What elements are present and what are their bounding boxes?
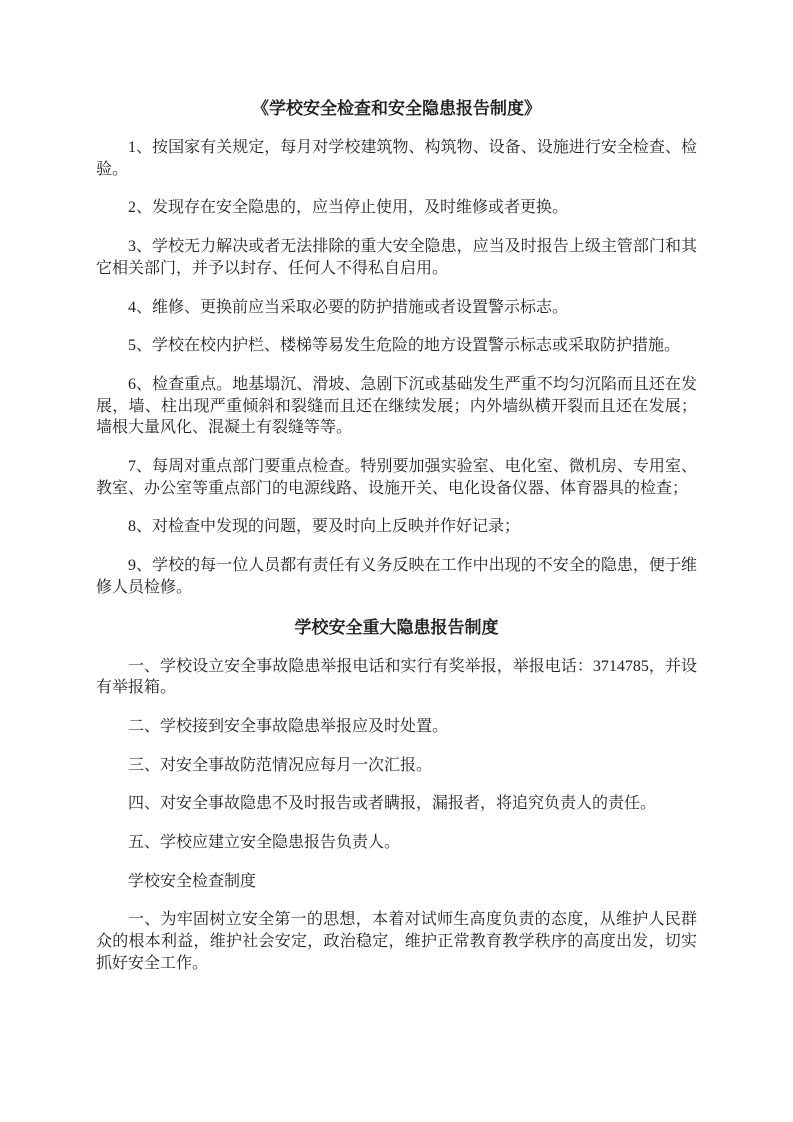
paragraph-item-yi: 一、学校设立安全事故隐患举报电话和实行有奖举报，举报电话：3714785，并设有… [96,656,697,699]
paragraph-item-6: 6、检查重点。地基塌沉、滑坡、急剧下沉或基础发生严重不均匀沉陷而且还在发展，墙、… [96,374,697,439]
document-title: 《学校安全检查和安全隐患报告制度》 [96,97,697,120]
paragraph-item-1: 1、按国家有关规定，每月对学校建筑物、构筑物、设备、设施进行安全检查、检验。 [96,137,697,180]
paragraph-item-3: 3、学校无力解决或者无法排除的重大安全隐患，应当及时报告上级主管部门和其它相关部… [96,236,697,279]
paragraph-item-san: 三、对安全事故防范情况应每月一次汇报。 [96,755,697,777]
paragraph-item-5: 5、学校在校内护栏、楼梯等易发生危险的地方设置警示标志或采取防护措施。 [96,335,697,357]
paragraph-item-si: 四、对安全事故隐患不及时报告或者瞒报，漏报者，将追究负责人的责任。 [96,793,697,815]
paragraph-item-7: 7、每周对重点部门要重点检查。特别要加强实验室、电化室、微机房、专用室、教室、办… [96,456,697,499]
paragraph-item-wu: 五、学校应建立安全隐患报告负责人。 [96,832,697,854]
section-safety-inspection-system: 学校安全检查制度 一、为牢固树立安全第一的思想，本着对试师生高度负责的态度，从维… [96,871,697,975]
paragraph-item-2: 2、发现存在安全隐患的，应当停止使用，及时维修或者更换。 [96,197,697,219]
section-heading-major-hazard-report: 学校安全重大隐患报告制度 [96,616,697,639]
paragraph-item-9: 9、学校的每一位人员都有责任有义务反映在工作中出现的不安全的隐患，便于维修人员检… [96,555,697,598]
section-safety-inspection-and-hazard-report: 1、按国家有关规定，每月对学校建筑物、构筑物、设备、设施进行安全检查、检验。 2… [96,137,697,599]
document-page: 《学校安全检查和安全隐患报告制度》 1、按国家有关规定，每月对学校建筑物、构筑物… [0,0,793,1122]
section-major-hazard-report-system: 学校安全重大隐患报告制度 一、学校设立安全事故隐患举报电话和实行有奖举报，举报电… [96,616,697,854]
paragraph-item-8: 8、对检查中发现的问题，要及时向上反映并作好记录； [96,516,697,538]
paragraph-inspection-system-label: 学校安全检查制度 [96,871,697,893]
paragraph-inspection-item-yi: 一、为牢固树立安全第一的思想，本着对试师生高度负责的态度，从维护人民群众的根本利… [96,909,697,974]
paragraph-item-4: 4、维修、更换前应当采取必要的防护措施或者设置警示标志。 [96,297,697,319]
paragraph-item-er: 二、学校接到安全事故隐患举报应及时处置。 [96,716,697,738]
